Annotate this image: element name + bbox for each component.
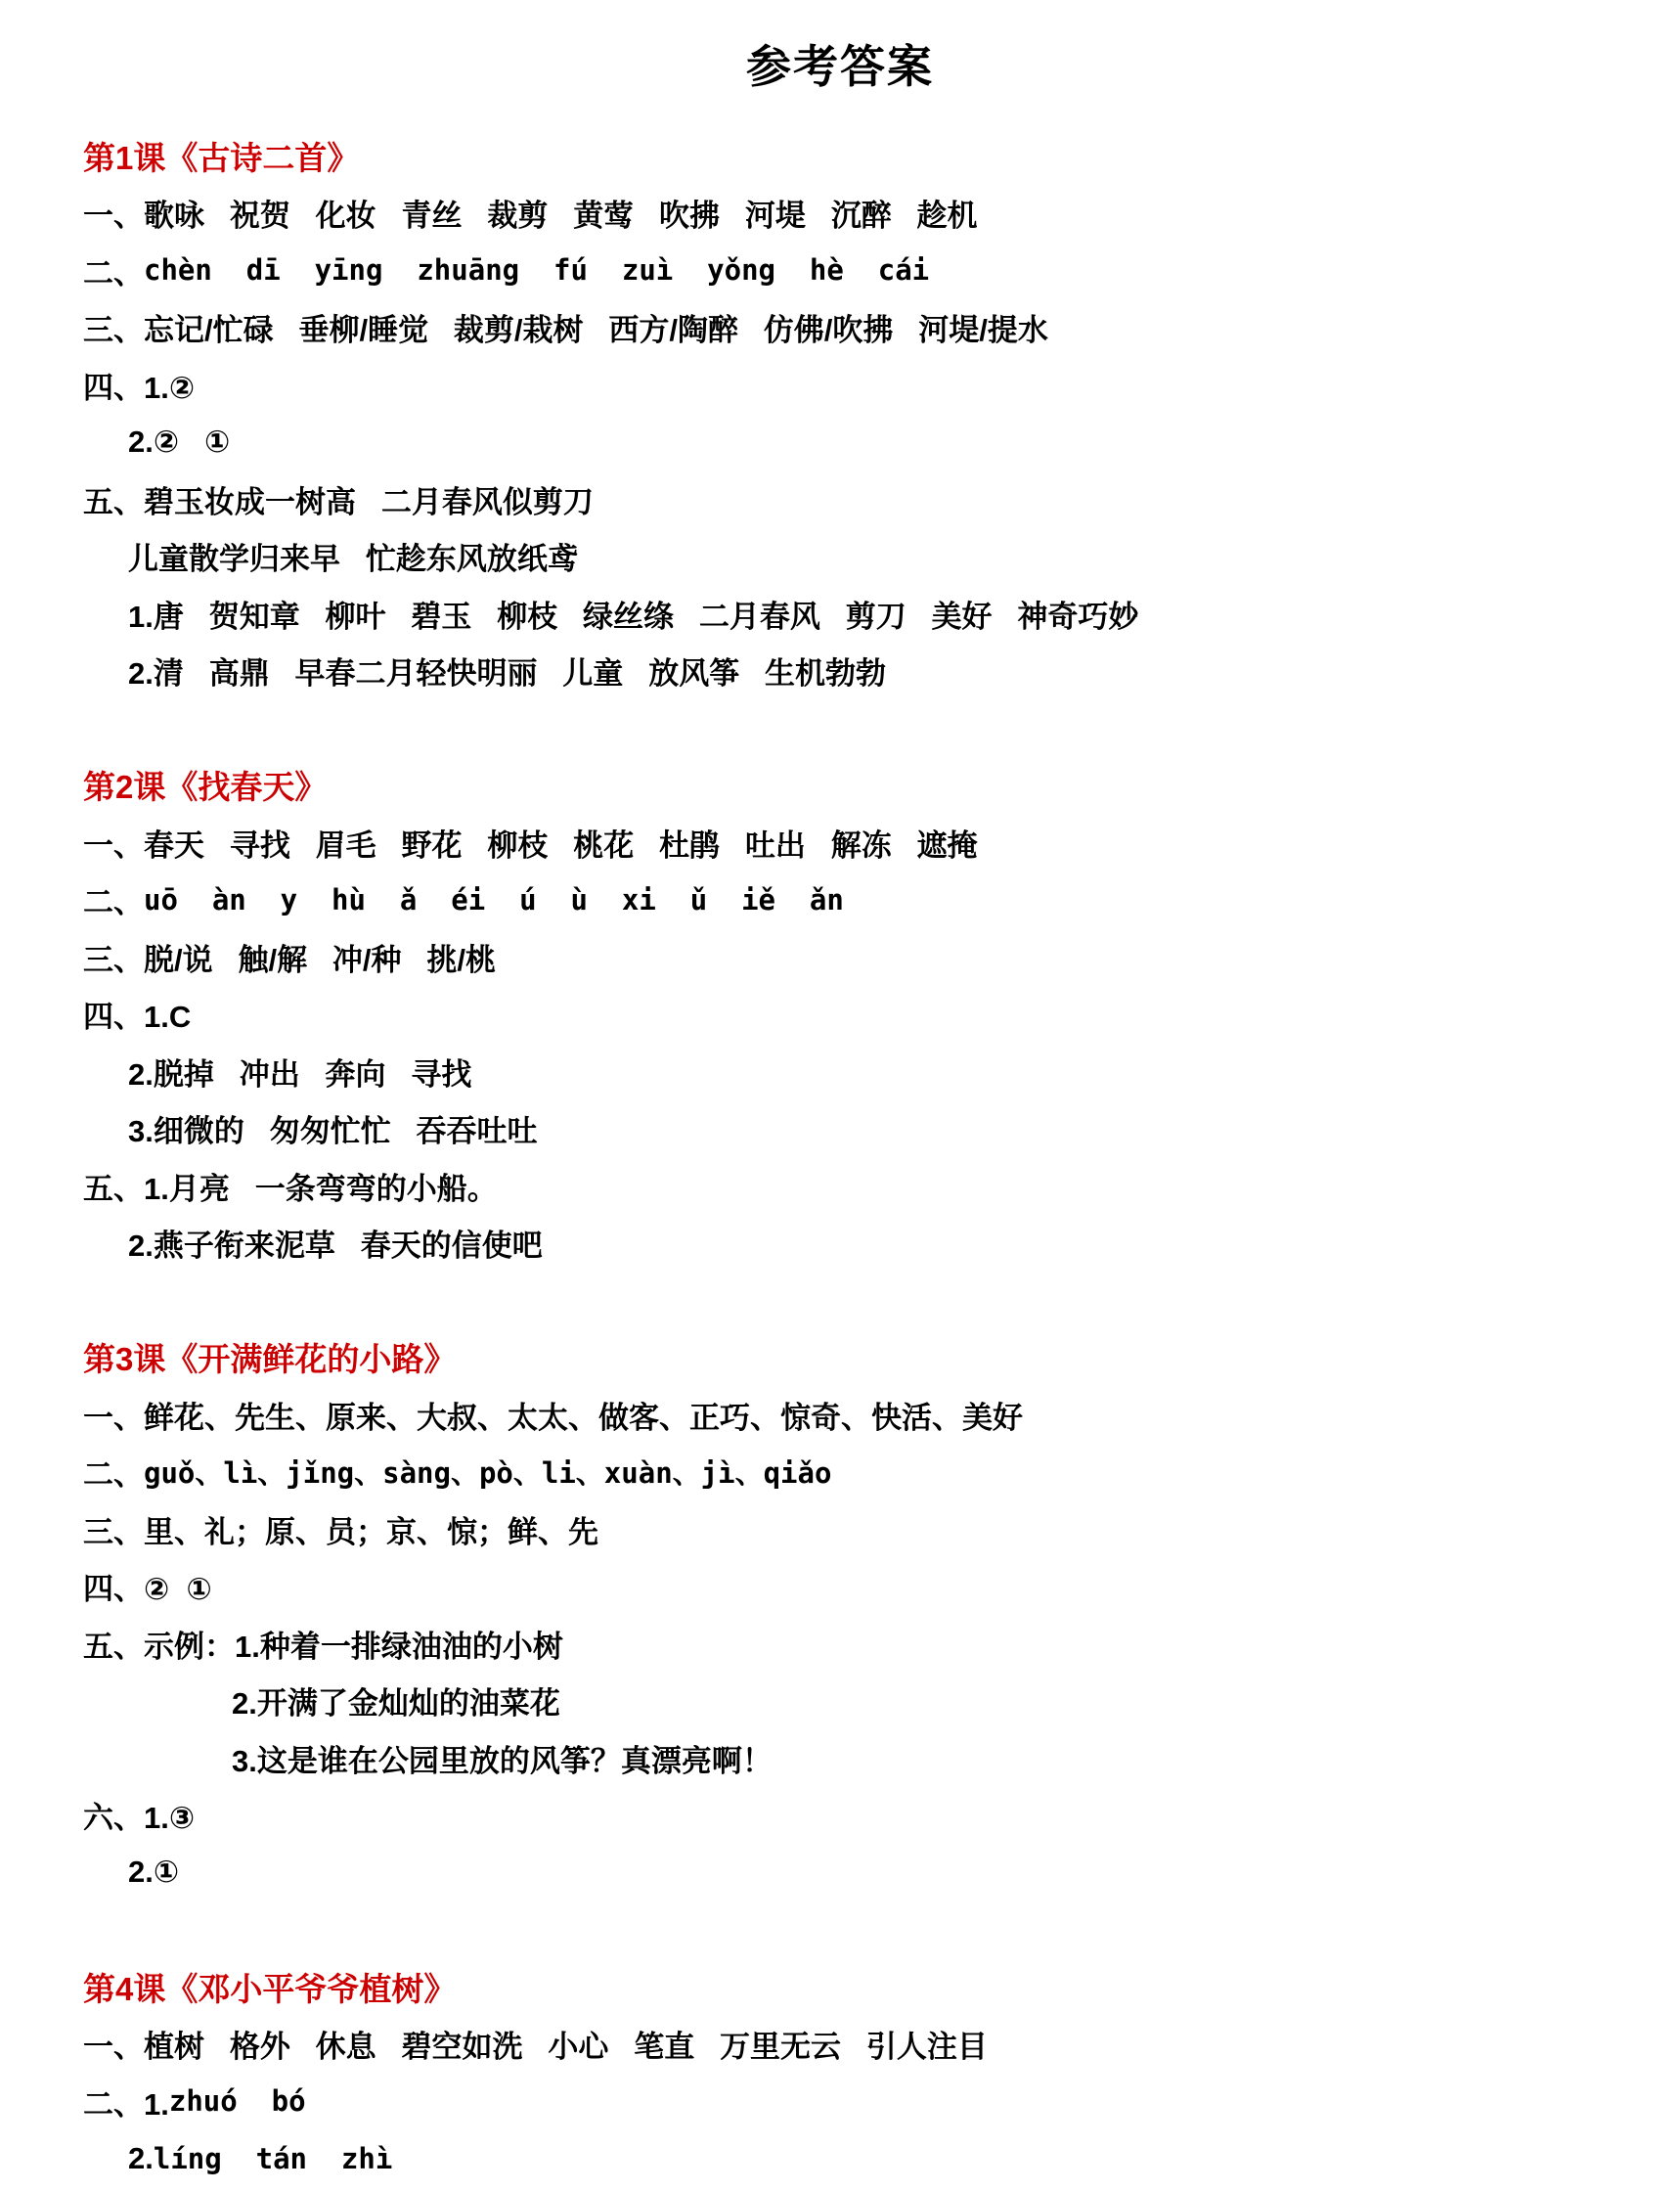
- answer-line: 五、1.月亮 一条弯弯的小船。: [83, 1157, 1597, 1215]
- answer-text: 2.燕子衔来泥草 春天的信使吧: [128, 1221, 543, 1265]
- answer-text: 一、鲜花、先生、原来、大叔、太太、做客、正巧、惊奇、快活、美好: [83, 1393, 1023, 1437]
- answer-line: 一、歌咏 祝贺 化妆 青丝 裁剪 黄莺 吹拂 河堤 沉醉 趁机: [83, 185, 1597, 243]
- answer-line: 2.燕子衔来泥草 春天的信使吧: [83, 1215, 1597, 1273]
- lesson-1-heading: 第1课《古诗二首》: [83, 127, 1597, 185]
- answer-text: 3.这是谁在公园里放的风筝？真漂亮啊！: [232, 1736, 773, 1780]
- answer-line: 2.清 高鼎 早春二月轻快明丽 儿童 放风筝 生机勃勃: [83, 643, 1597, 700]
- answer-text: 1.唐 贺知章 柳叶 碧玉 柳枝 绿丝绦 二月春风 剪刀 美好 神奇巧妙: [128, 592, 1138, 636]
- answer-text: 2.①: [128, 1855, 179, 1890]
- answer-text: 2.② ①: [128, 425, 230, 460]
- answer-line: 2.①: [83, 1844, 1597, 1901]
- answer-text: 三、里、礼；原、员；京、惊；鲜、先: [83, 1507, 598, 1551]
- answer-text: 四、1.②: [83, 363, 195, 407]
- answer-text: 五、1.月亮 一条弯弯的小船。: [83, 1164, 498, 1208]
- pinyin-text: guǒ、lì、jǐng、sàng、pò、li、xuàn、jì、qiǎo: [144, 1452, 831, 1492]
- answer-line: 二、chèn dī yīng zhuāng fú zuì yǒng hè cái: [83, 242, 1597, 299]
- pinyin-text: chèn dī yīng zhuāng fú zuì yǒng hè cái: [144, 253, 929, 287]
- answer-text: 儿童散学归来早 忙趁东风放纸鸢: [128, 534, 578, 578]
- pinyin-text: uō àn y hù ǎ éi ú ù xi ǔ iě ǎn: [144, 883, 844, 917]
- answer-text: 四、1.C: [83, 992, 191, 1036]
- answer-line: 2.② ①: [83, 414, 1597, 471]
- answer-line: 二、1.zhuó bó: [83, 2073, 1597, 2130]
- answer-label: 二、: [83, 248, 144, 292]
- answer-line: 儿童散学归来早 忙趁东风放纸鸢: [83, 528, 1597, 586]
- answer-line: 四、② ①: [83, 1558, 1597, 1616]
- answer-text: 五、示例：1.种着一排绿油油的小树: [83, 1622, 563, 1666]
- answer-text: 四、② ①: [83, 1564, 212, 1608]
- answer-line: 一、植树 格外 休息 碧空如洗 小心 笔直 万里无云 引人注目: [83, 2016, 1597, 2074]
- answer-line: 3.细微的 匆匆忙忙 吞吞吐吐: [83, 1100, 1597, 1158]
- answer-label: 二、1.: [83, 2079, 169, 2124]
- section-lesson-1: 第1课《古诗二首》 一、歌咏 祝贺 化妆 青丝 裁剪 黄莺 吹拂 河堤 沉醉 趁…: [83, 127, 1597, 699]
- page: { "accent_color": "#CC0000", "page_title…: [0, 0, 1680, 2191]
- answer-line: 3.这是谁在公园里放的风筝？真漂亮啊！: [83, 1729, 1597, 1787]
- section-lesson-2: 第2课《找春天》 一、春天 寻找 眉毛 野花 柳枝 桃花 杜鹃 吐出 解冻 遮掩…: [83, 757, 1597, 1273]
- title-row: 参考答案: [83, 0, 1597, 127]
- answer-text: 2.开满了金灿灿的油菜花: [232, 1678, 560, 1722]
- answer-line: 一、鲜花、先生、原来、大叔、太太、做客、正巧、惊奇、快活、美好: [83, 1386, 1597, 1444]
- answer-line: 五、示例：1.种着一排绿油油的小树: [83, 1615, 1597, 1673]
- answer-line: 四、1.②: [83, 356, 1597, 414]
- section-lesson-3: 第3课《开满鲜花的小路》 一、鲜花、先生、原来、大叔、太太、做客、正巧、惊奇、快…: [83, 1329, 1597, 1901]
- pinyin-text: zhuó bó: [169, 2084, 306, 2118]
- lesson-4-heading: 第4课《邓小平爷爷植树》: [83, 1958, 1597, 2016]
- answer-line: 四、1.C: [83, 986, 1597, 1044]
- answer-text: 一、春天 寻找 眉毛 野花 柳枝 桃花 杜鹃 吐出 解冻 遮掩: [83, 821, 978, 865]
- answer-line: 三、忘记/忙碌 垂柳/睡觉 裁剪/栽树 西方/陶醉 仿佛/吹拂 河堤/提水: [83, 299, 1597, 357]
- answer-line: 五、碧玉妆成一树高 二月春风似剪刀: [83, 470, 1597, 528]
- answer-text: 五、碧玉妆成一树高 二月春风似剪刀: [83, 477, 594, 521]
- answer-label: 2.: [128, 2141, 154, 2176]
- answer-text: 三、忘记/忙碌 垂柳/睡觉 裁剪/栽树 西方/陶醉 仿佛/吹拂 河堤/提水: [83, 305, 1048, 349]
- answer-line: 二、guǒ、lì、jǐng、sàng、pò、li、xuàn、jì、qiǎo: [83, 1444, 1597, 1501]
- answer-line: 一、春天 寻找 眉毛 野花 柳枝 桃花 杜鹃 吐出 解冻 遮掩: [83, 814, 1597, 872]
- answer-line: 1.唐 贺知章 柳叶 碧玉 柳枝 绿丝绦 二月春风 剪刀 美好 神奇巧妙: [83, 585, 1597, 643]
- answer-line: 2.脱掉 冲出 奔向 寻找: [83, 1043, 1597, 1100]
- lesson-3-heading: 第3课《开满鲜花的小路》: [83, 1329, 1597, 1387]
- answer-text: 一、歌咏 祝贺 化妆 青丝 裁剪 黄莺 吹拂 河堤 沉醉 趁机: [83, 191, 978, 235]
- answer-text: 六、1.③: [83, 1793, 195, 1837]
- answer-text: 一、植树 格外 休息 碧空如洗 小心 笔直 万里无云 引人注目: [83, 2022, 988, 2066]
- answer-line: 2.líng tán zhì: [83, 2130, 1597, 2188]
- answer-line: 2.开满了金灿灿的油菜花: [83, 1673, 1597, 1730]
- pinyin-text: líng tán zhì: [154, 2142, 392, 2175]
- answer-text: 2.清 高鼎 早春二月轻快明丽 儿童 放风筝 生机勃勃: [128, 648, 886, 693]
- answer-text: 3.细微的 匆匆忙忙 吞吞吐吐: [128, 1106, 538, 1150]
- answer-text: 2.脱掉 冲出 奔向 寻找: [128, 1050, 471, 1094]
- page-title: 参考答案: [746, 31, 934, 96]
- answer-line: 三、脱/说 触/解 冲/种 挑/桃: [83, 928, 1597, 986]
- answer-label: 二、: [83, 1450, 144, 1494]
- answer-text: 三、脱/说 触/解 冲/种 挑/桃: [83, 935, 496, 979]
- lesson-2-heading: 第2课《找春天》: [83, 757, 1597, 815]
- answer-label: 二、: [83, 877, 144, 921]
- section-lesson-4: 第4课《邓小平爷爷植树》 一、植树 格外 休息 碧空如洗 小心 笔直 万里无云 …: [83, 1958, 1597, 2187]
- answer-line: 六、1.③: [83, 1787, 1597, 1845]
- answer-line: 三、里、礼；原、员；京、惊；鲜、先: [83, 1500, 1597, 1558]
- answer-line: 二、uō àn y hù ǎ éi ú ù xi ǔ iě ǎn: [83, 872, 1597, 929]
